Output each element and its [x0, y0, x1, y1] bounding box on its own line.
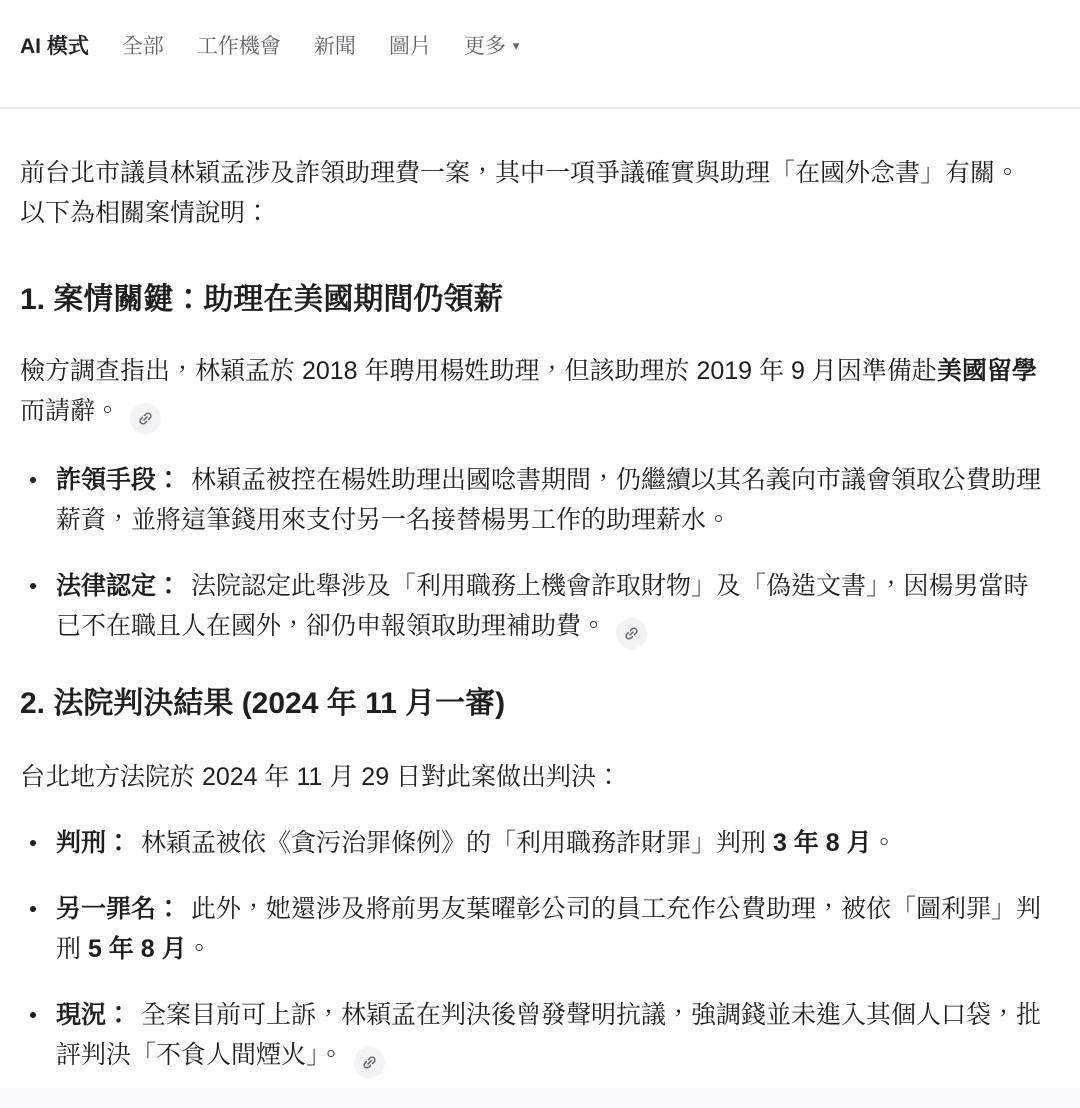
bullet-text: 林穎孟被控在楊姓助理出國唸書期間，仍繼續以其名義向市議會領取公費助理薪資，並將這… [56, 466, 1041, 534]
section1-heading: 1. 案情關鍵：助理在美國期間仍領薪 [20, 281, 1044, 319]
list-item: 詐領手段：林穎孟被控在楊姓助理出國唸書期間，仍繼續以其名義向市議會領取公費助理薪… [20, 460, 1044, 540]
section1-bullet-list: 詐領手段：林穎孟被控在楊姓助理出國唸書期間，仍繼續以其名義向市議會領取公費助理薪… [20, 460, 1044, 649]
tab-more[interactable]: 更多 ▾ [464, 30, 520, 60]
section2-paragraph: 台北地方法院於 2024 年 11 月 29 日對此案做出判決： [20, 757, 1044, 797]
section2-bullet-list: 判刑：林穎孟被依《貪污治罪條例》的「利用職務詐財罪」判刑 3 年 8 月。 另一… [20, 823, 1044, 1078]
list-item: 判刑：林穎孟被依《貪污治罪條例》的「利用職務詐財罪」判刑 3 年 8 月。 [20, 823, 1044, 863]
section1-paragraph: 檢方調查指出，林穎孟於 2018 年聘用楊姓助理，但該助理於 2019 年 9 … [20, 351, 1044, 434]
bullet-label: 詐領手段： [56, 466, 181, 494]
section1-paragraph-post: 而請辭。 [20, 397, 120, 425]
bullet-label: 法律認定： [56, 572, 181, 600]
link-icon[interactable] [354, 1047, 385, 1078]
tab-jobs[interactable]: 工作機會 [197, 30, 281, 60]
ai-answer-content: 前台北市議員林穎孟涉及詐領助理費一案，其中一項爭議確實與助理「在國外念書」有關。… [0, 109, 1080, 1078]
bullet-text: 。 [187, 935, 212, 963]
bullet-text: 。 [872, 829, 897, 857]
search-tabs-bar: AI 模式 全部 工作機會 新聞 圖片 更多 ▾ [0, 0, 1080, 60]
list-item: 另一罪名：此外，她還涉及將前男友葉曜彰公司的員工充作公費助理，被依「圖利罪」判刑… [20, 889, 1044, 969]
chevron-down-icon: ▾ [513, 39, 520, 52]
section2-heading: 2. 法院判決結果 (2024 年 11 月一審) [20, 685, 1044, 723]
section1-paragraph-bold: 美國留學 [937, 357, 1037, 385]
bullet-text: 全案目前可上訴，林穎孟在判決後曾發聲明抗議，強調錢並未進入其個人口袋，批評判決「… [56, 1001, 1041, 1069]
tab-ai-mode[interactable]: AI 模式 [20, 30, 89, 60]
tab-more-label: 更多 [464, 30, 506, 60]
intro-paragraph: 前台北市議員林穎孟涉及詐領助理費一案，其中一項爭議確實與助理「在國外念書」有關。… [20, 153, 1044, 233]
section1-paragraph-pre: 檢方調查指出，林穎孟於 2018 年聘用楊姓助理，但該助理於 2019 年 9 … [20, 357, 937, 385]
bullet-text-bold: 3 年 8 月 [773, 829, 872, 857]
bullet-label: 現況： [56, 1001, 131, 1029]
link-icon[interactable] [130, 403, 161, 434]
bullet-text: 林穎孟被依《貪污治罪條例》的「利用職務詐財罪」判刑 [141, 829, 773, 857]
tab-news[interactable]: 新聞 [314, 30, 356, 60]
bullet-label: 判刑： [56, 829, 131, 857]
bullet-text: 法院認定此舉涉及「利用職務上機會詐取財物」及「偽造文書」，因楊男當時已不在職且人… [56, 572, 1029, 640]
link-icon[interactable] [616, 618, 647, 649]
footer-band [0, 1088, 1080, 1108]
list-item: 法律認定：法院認定此舉涉及「利用職務上機會詐取財物」及「偽造文書」，因楊男當時已… [20, 566, 1044, 649]
tab-images[interactable]: 圖片 [389, 30, 431, 60]
tab-all[interactable]: 全部 [122, 30, 164, 60]
bullet-label: 另一罪名： [56, 895, 181, 923]
bullet-text-bold: 5 年 8 月 [88, 935, 187, 963]
list-item: 現況：全案目前可上訴，林穎孟在判決後曾發聲明抗議，強調錢並未進入其個人口袋，批評… [20, 995, 1044, 1078]
